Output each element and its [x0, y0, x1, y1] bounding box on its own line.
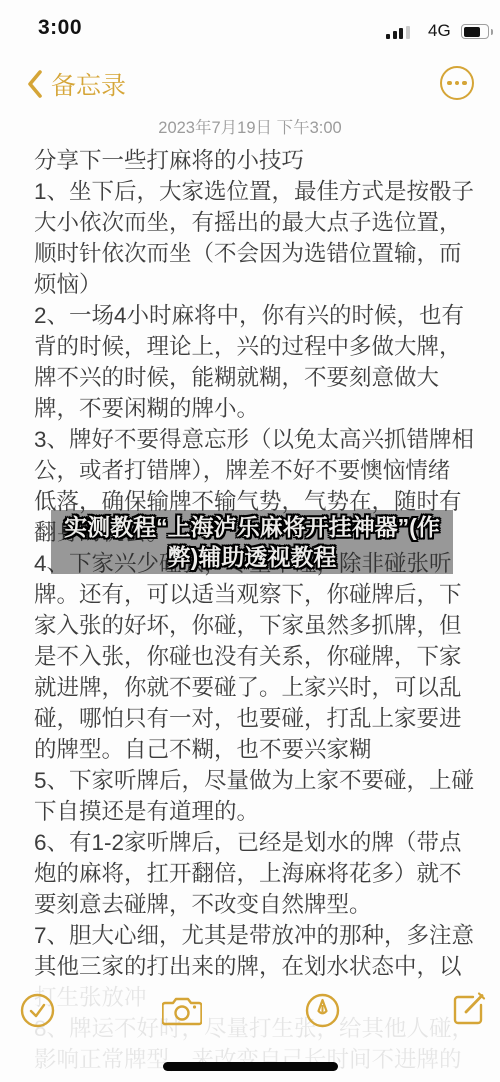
nav-bar: 备忘录	[0, 60, 500, 112]
note-line: 顺时针依次而坐（不会因为选错位置输，而	[34, 238, 466, 269]
note-line: 2、一场4小时麻将中，你有兴的时候，也有	[34, 300, 466, 331]
network-type-label: 4G	[428, 21, 451, 41]
note-line: 其他三家的打出来的牌，在划水状态中，以	[34, 951, 466, 982]
note-line: 牌，不要闲糊的牌小。	[34, 393, 466, 424]
notes-app-screen: 3:00 4G 备忘录 2023年7月19日 下午3:00 分享下一些打麻将的小…	[0, 0, 500, 1082]
cellular-signal-icon	[386, 26, 410, 39]
compose-icon[interactable]	[449, 991, 487, 1029]
note-line: 要刻意去碰牌，不改变自然牌型。	[34, 889, 466, 920]
camera-icon[interactable]	[162, 996, 202, 1027]
battery-icon	[461, 24, 489, 39]
note-timestamp: 2023年7月19日 下午3:00	[0, 114, 500, 138]
chevron-left-icon	[26, 69, 43, 99]
watermark-overlay: 实测教程“上海泸乐麻将开挂神器”(作 弊)辅助透视教程	[51, 510, 453, 574]
note-line: 牌不兴的时候，能糊就糊，不要刻意做大	[34, 362, 466, 393]
home-indicator[interactable]	[163, 1062, 338, 1071]
note-line: 3、牌好不要得意忘形（以免太高兴抓错牌相	[34, 424, 466, 455]
markup-pen-icon[interactable]	[305, 993, 340, 1028]
note-text-area[interactable]: 分享下一些打麻将的小技巧1、坐下后，大家选位置，最佳方式是按骰子大小依次而坐，有…	[34, 145, 466, 1075]
note-line: 家入张的好坏，你碰，下家虽然多抓牌，但	[34, 610, 466, 641]
note-line: 牌。还有，可以适当观察下，你碰牌后，下	[34, 579, 466, 610]
note-line: 是不入张，你碰也没有关系，你碰牌，下家	[34, 641, 466, 672]
note-line: 炮的麻将，扛开翻倍，上海麻将花多）就不	[34, 858, 466, 889]
note-line: 公，或者打错牌），牌差不好不要懊恼情绪	[34, 455, 466, 486]
back-button-label: 备忘录	[51, 66, 126, 102]
note-line: 碰，哪怕只有一对，也要碰，打乱上家要进	[34, 703, 466, 734]
checklist-circle-icon[interactable]	[20, 993, 55, 1028]
note-line: 分享下一些打麻将的小技巧	[34, 145, 466, 176]
note-line: 大小依次而坐，有摇出的最大点子选位置，	[34, 207, 466, 238]
note-line: 背的时候，理论上，兴的过程中多做大牌，	[34, 331, 466, 362]
watermark-line-2: 弊)辅助透视教程	[168, 542, 337, 572]
note-line: 就进牌，你就不要碰了。上家兴时，可以乱	[34, 672, 466, 703]
status-time: 3:00	[38, 16, 82, 40]
watermark-line-1: 实测教程“上海泸乐麻将开挂神器”(作	[64, 512, 440, 542]
ellipsis-circle-icon[interactable]	[440, 66, 474, 100]
note-line: 7、胆大心细，尤其是带放冲的那种，多注意	[34, 920, 466, 951]
note-line: 的牌型。自己不糊，也不要兴家糊	[34, 734, 466, 765]
note-line: 下自摸还是有道理的。	[34, 796, 466, 827]
status-bar: 3:00 4G	[0, 0, 500, 58]
note-line: 6、有1-2家听牌后，已经是划水的牌（带点	[34, 827, 466, 858]
note-line: 5、下家听牌后，尽量做为上家不要碰，上碰	[34, 765, 466, 796]
note-line: 1、坐下后，大家选位置，最佳方式是按骰子	[34, 176, 466, 207]
note-line: 烦恼）	[34, 269, 466, 300]
back-button[interactable]: 备忘录	[26, 66, 126, 102]
